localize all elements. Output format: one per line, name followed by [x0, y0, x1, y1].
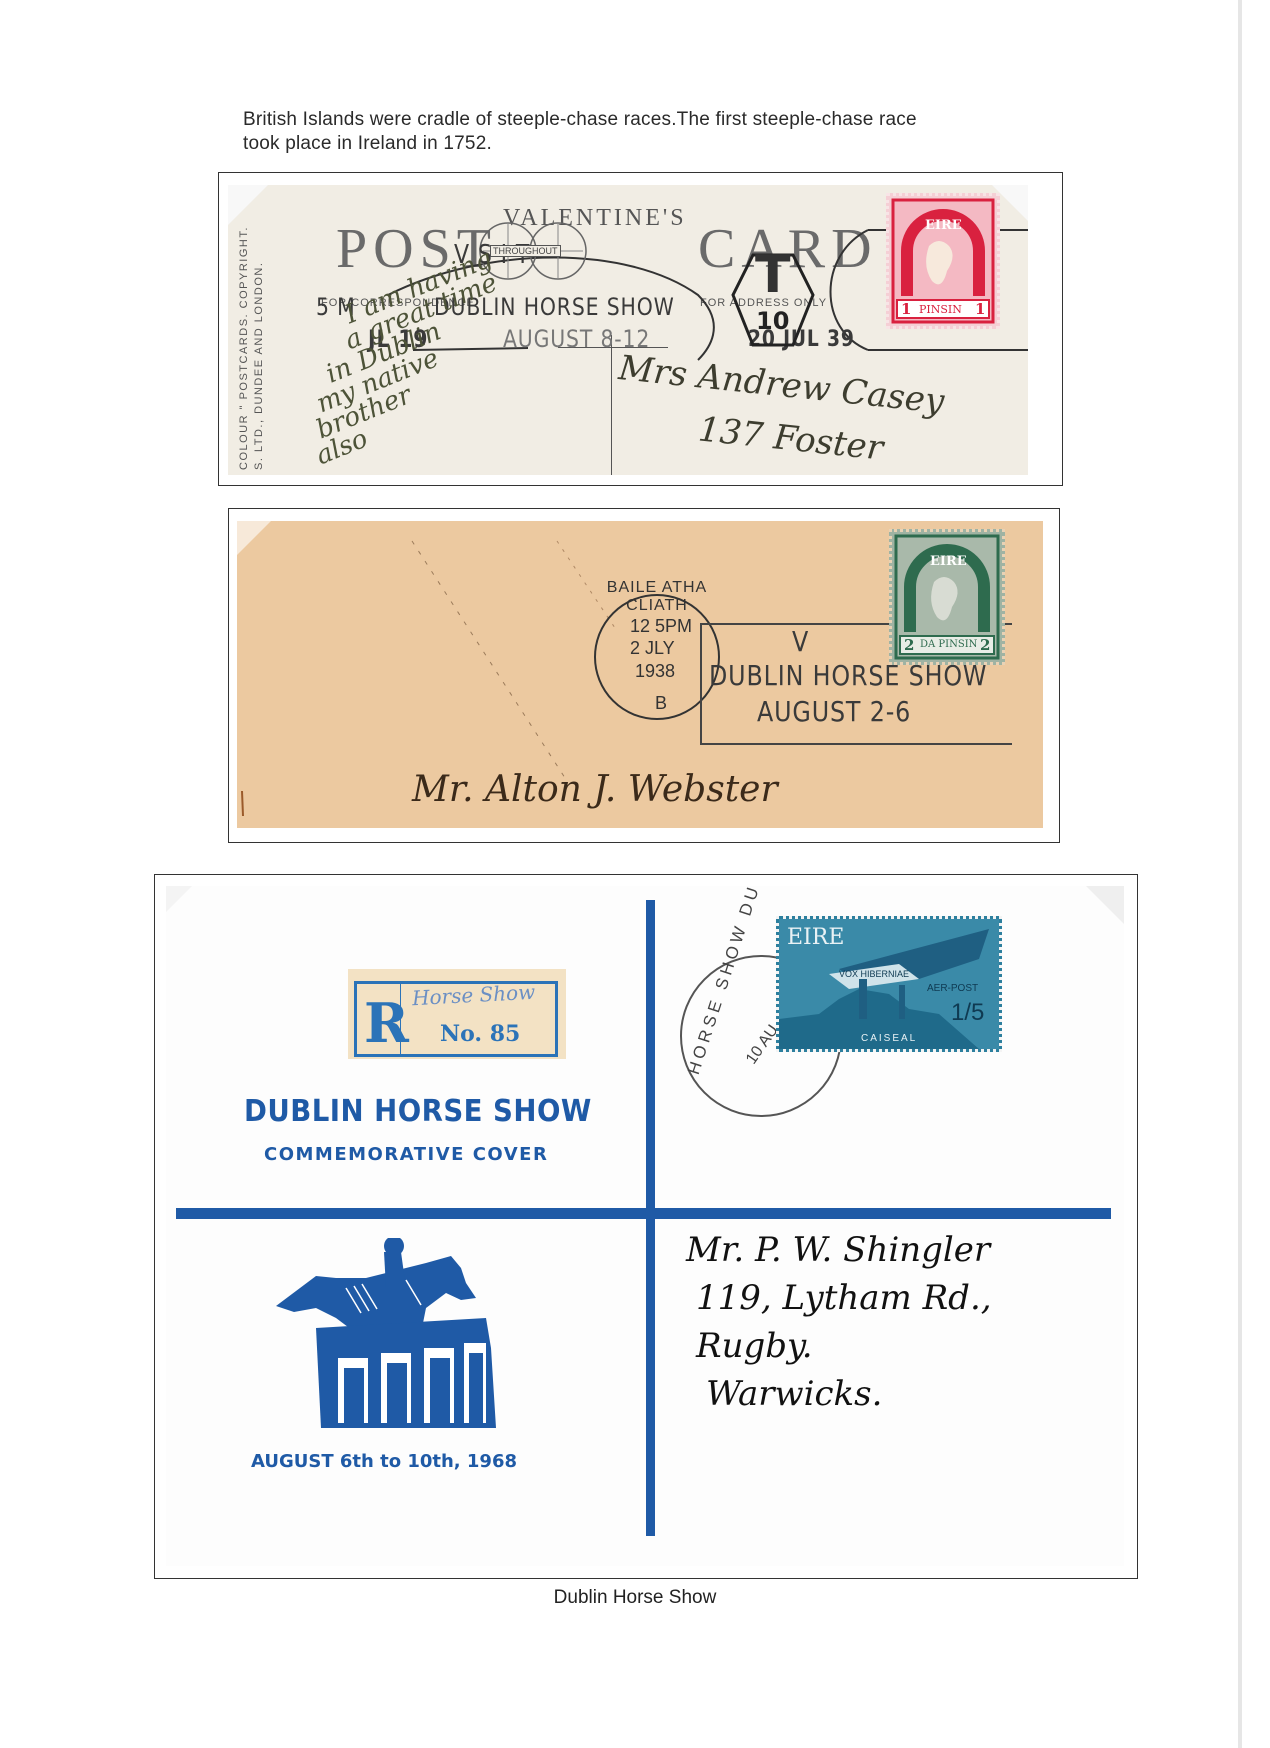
stamp-1-pinsin: EIRE 1 PINSIN 1: [886, 193, 1000, 329]
slogan-box-line-1: V: [792, 625, 809, 658]
reg-letter: R: [364, 991, 409, 1055]
globe-text: THROUGHOUT: [490, 245, 561, 257]
cover-horizontal-bar: [176, 1208, 1111, 1219]
stamp-1-value-left: 1: [901, 300, 911, 318]
cds-date: 2 JLY: [630, 638, 675, 659]
slogan-box-line-3: AUGUST 2-6: [757, 695, 911, 728]
cover-subtitle: COMMEMORATIVE COVER: [264, 1144, 548, 1165]
stamp-1-value-right: 1: [975, 300, 985, 318]
stamp-aer-post-1-5: EIRE VOX HIBERNIAE AER-POST 1/5 CAISEAL: [776, 916, 1002, 1052]
envelope-address: Mr. Alton J. Webster: [412, 769, 778, 810]
cds-time: 12 5PM: [630, 616, 692, 637]
cds-top-text: BAILE ATHA CLIATH: [597, 579, 717, 615]
stamp-2-country: EIRE: [930, 554, 967, 569]
cover-dates: AUGUST 6th to 10th, 1968: [251, 1451, 517, 1472]
page-caption: Dublin Horse Show: [0, 1587, 1270, 1609]
registration-label: R Horse Show No. 85: [348, 969, 566, 1059]
postage-due-value: 10: [756, 307, 789, 335]
cover-address: Mr. P. W. Shingler 119, Lytham Rd., Rugb…: [686, 1226, 992, 1418]
cover-address-line-1: Mr. P. W. Shingler: [686, 1226, 992, 1274]
reg-number: No. 85: [440, 1021, 520, 1047]
commemorative-cover: R Horse Show No. 85 DUBLIN HORSE SHOW CO…: [166, 886, 1124, 1566]
cover-address-line-2: 119, Lytham Rd.,: [686, 1274, 992, 1322]
stamp-2-value-right: 2: [980, 636, 990, 654]
cover-address-line-4: Warwicks.: [686, 1370, 992, 1418]
stamp-3-service: AER-POST: [927, 983, 978, 994]
stamp-1-country: EIRE: [925, 218, 962, 233]
cover-title: DUBLIN HORSE SHOW: [244, 1094, 592, 1129]
stamp-3-motto: VOX HIBERNIAE: [839, 969, 909, 979]
intro-line-2: took place in Ireland in 1752.: [243, 132, 1043, 156]
envelope: BAILE ATHA CLIATH 12 5PM 2 JLY 1938 B V …: [237, 521, 1043, 828]
stamp-1-value-word: PINSIN: [919, 303, 962, 316]
page-edge: [1238, 0, 1242, 1748]
stamp-3-country: EIRE: [787, 925, 844, 950]
corner-mount: [166, 886, 192, 912]
intro-line-1: British Islands were cradle of steeple-c…: [243, 108, 1043, 132]
postcard: VALENTINE'S POST CARD FOR CORRESPONDENCE…: [228, 185, 1028, 475]
cover-address-line-3: Rugby.: [686, 1322, 992, 1370]
stamp-2-value-left: 2: [904, 636, 914, 654]
stamp-2-value-word: DA PINSIN: [920, 639, 977, 650]
cds-bottom: B: [655, 693, 667, 714]
postage-due-letter: T: [755, 245, 790, 305]
corner-mount-right: [1086, 886, 1124, 924]
stamp-3-place: CAISEAL: [861, 1033, 917, 1044]
cds-year: 1938: [635, 661, 675, 682]
intro-text: British Islands were cradle of steeple-c…: [243, 108, 1043, 156]
stamp-3-value: 1/5: [951, 999, 984, 1027]
steeplechase-horse-icon: [276, 1238, 536, 1433]
stamp-2-pinsin: EIRE 2 DA PINSIN 2: [889, 529, 1005, 665]
